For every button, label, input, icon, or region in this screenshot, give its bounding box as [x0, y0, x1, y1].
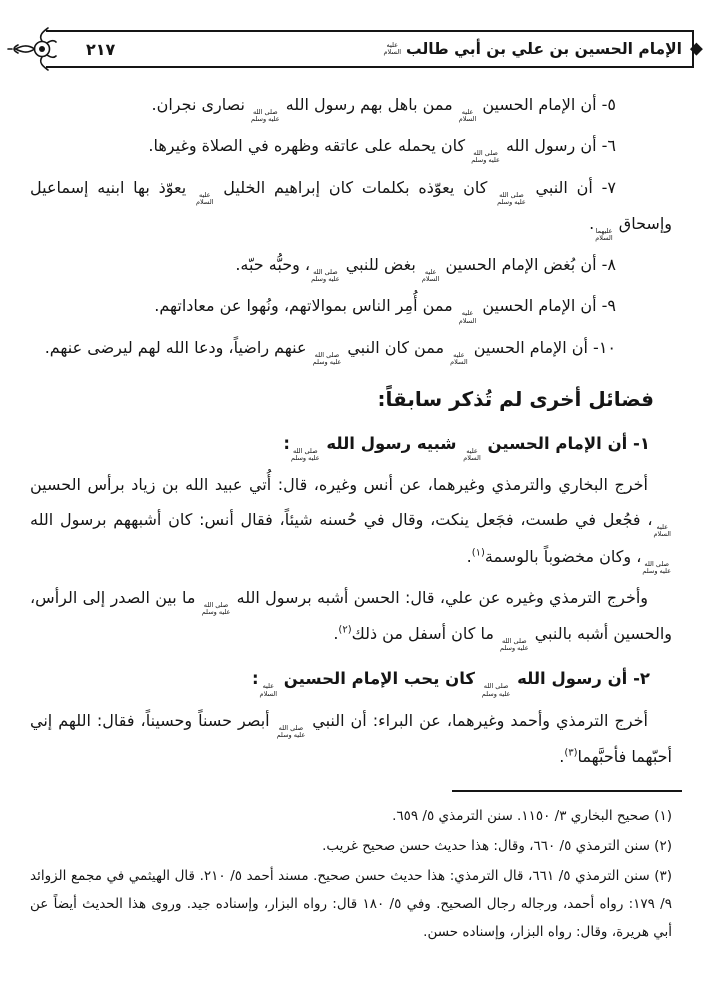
honorific-as-icon: عليهالسلام: [654, 524, 672, 538]
item-paragraph: ١٠- أن الإمام الحسين عليهالسلام ممن كان …: [30, 330, 672, 366]
footnote-ref: (١): [472, 547, 485, 558]
footnote-ref: (٢): [338, 625, 351, 636]
subheading-paragraph: ٢- أن رسول الله صلى اللهعليه وسلم كان يح…: [30, 661, 672, 697]
footnote: (٣) سنن الترمذي ٥/ ٦٦١، قال الترمذي: هذا…: [30, 862, 672, 946]
body-text: ٥- أن الإمام الحسين عليهالسلام ممن باهل …: [0, 68, 708, 774]
footnote: (١) صحيح البخاري ٣/ ١١٥٠. سنن الترمذي ٥/…: [30, 802, 672, 830]
honorific-saw-icon: صلى اللهعليه وسلم: [471, 150, 500, 164]
item-paragraph: ٦- أن رسول الله صلى اللهعليه وسلم كان يح…: [30, 128, 672, 164]
footnote: (٢) سنن الترمذي ٥/ ٦٦٠، وقال: هذا حديث ح…: [30, 832, 672, 860]
honorific-saw-icon: صلى اللهعليه وسلم: [277, 725, 306, 739]
page-header: الإمام الحسين بن علي بن أبي طالب عليه ال…: [46, 30, 694, 68]
prose-paragraph: أخرج البخاري والترمذي وغيرهما، عن أنس وغ…: [30, 467, 672, 575]
item-paragraph: ٨- أن بُغض الإمام الحسين عليهالسلام بغض …: [30, 247, 672, 283]
subheading-paragraph: ١- أن الإمام الحسين عليهالسلام شبيه رسول…: [30, 426, 672, 462]
prose-paragraph: وأخرج الترمذي وغيره عن علي، قال: الحسن أ…: [30, 580, 672, 653]
prose-paragraph: أخرج الترمذي وأحمد وغيرهما، عن البراء: أ…: [30, 703, 672, 774]
honorific-as-icon: عليه السلام: [384, 42, 402, 56]
footnotes: (١) صحيح البخاري ٣/ ١١٥٠. سنن الترمذي ٥/…: [0, 802, 708, 946]
honorific-asdual-icon: عليهماالسلام: [595, 228, 613, 242]
honorific-as-icon: عليهالسلام: [459, 310, 477, 324]
honorific-saw-icon: صلى اللهعليه وسلم: [251, 109, 280, 123]
honorific-as-icon: عليهالسلام: [260, 683, 278, 697]
honorific-saw-icon: صلى اللهعليه وسلم: [311, 269, 340, 283]
honorific-as-icon: عليهالسلام: [450, 352, 468, 366]
honorific-saw-icon: صلى اللهعليه وسلم: [291, 448, 320, 462]
honorific-as-icon: عليهالسلام: [422, 269, 440, 283]
honorific-as-icon: عليهالسلام: [463, 448, 481, 462]
honorific-as-icon: عليهالسلام: [459, 109, 477, 123]
honorific-saw-icon: صلى اللهعليه وسلم: [313, 352, 342, 366]
item-paragraph: ٧- أن النبي صلى اللهعليه وسلم كان يعوّذه…: [30, 170, 672, 243]
honorific-saw-icon: صلى اللهعليه وسلم: [482, 683, 511, 697]
book-page: الإمام الحسين بن علي بن أبي طالب عليه ال…: [0, 0, 708, 1005]
diamond-icon: ◆: [690, 41, 703, 58]
item-paragraph: ٥- أن الإمام الحسين عليهالسلام ممن باهل …: [30, 87, 672, 123]
honorific-as-icon: عليهالسلام: [196, 192, 214, 206]
page-number: ٢١٧: [86, 40, 115, 59]
honorific-saw-icon: صلى اللهعليه وسلم: [497, 192, 526, 206]
page-title: الإمام الحسين بن علي بن أبي طالب: [406, 40, 682, 58]
honorific-saw-icon: صلى اللهعليه وسلم: [500, 638, 529, 652]
honorific-saw-icon: صلى اللهعليه وسلم: [202, 602, 231, 616]
footnote-separator: [452, 790, 682, 792]
footnote-ref: (٣): [564, 748, 577, 759]
honorific-saw-icon: صلى اللهعليه وسلم: [642, 561, 671, 575]
item-paragraph: ٩- أن الإمام الحسين عليهالسلام ممن أُمِر…: [30, 288, 672, 324]
ornament-icon: [6, 20, 64, 78]
heading-paragraph: فضائل أخرى لم تُذكر سابقاً:: [30, 382, 654, 417]
